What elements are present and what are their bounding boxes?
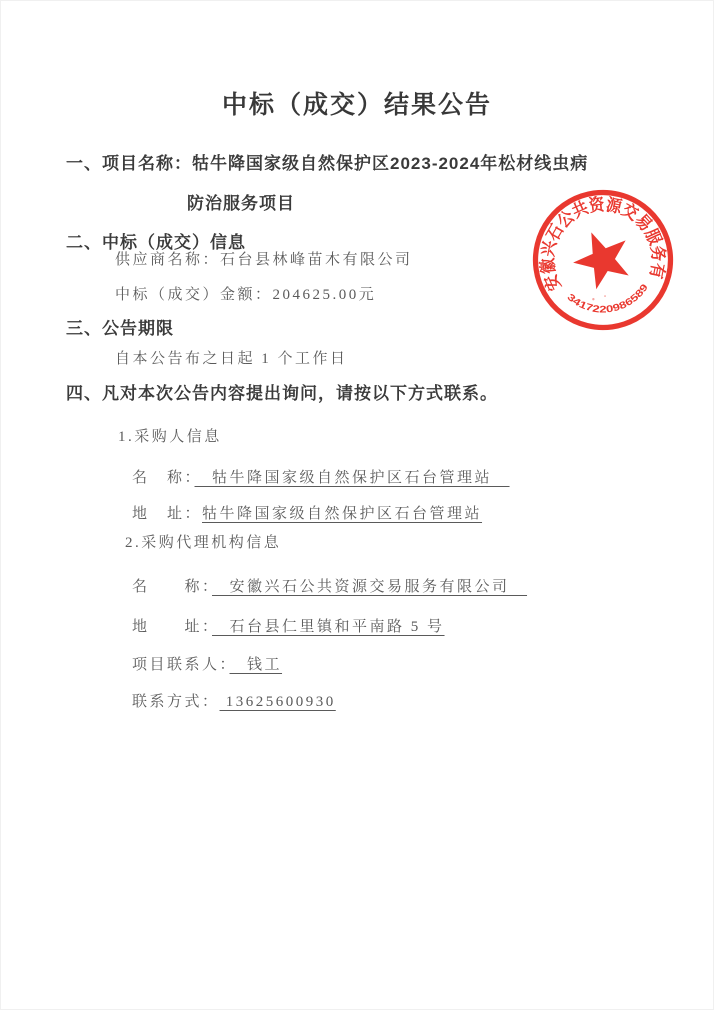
section1-heading-line1: 一、项目名称：牯牛降国家级自然保护区2023-2024年松材线虫病 (66, 149, 588, 174)
agency-address-row: 地 址： 石台县仁里镇和平南路 5 号 (132, 615, 445, 636)
project-contact-row: 项目联系人： 钱工 (132, 653, 282, 674)
section3-heading: 三、公告期限 (66, 314, 174, 339)
announcement-document: 中标（成交）结果公告 一、项目名称：牯牛降国家级自然保护区2023-2024年松… (0, 0, 714, 1010)
contact-phone-row: 联系方式： 13625600930 (132, 690, 336, 711)
agency-name-row: 名 称： 安徽兴石公共资源交易服务有限公司 (132, 575, 527, 596)
supplier-name-line: 供应商名称：石台县林峰苗木有限公司 (115, 248, 413, 269)
contact-phone-label: 联系方式： (132, 694, 220, 710)
seal-ink-smudge (604, 295, 606, 297)
purchaser-address-value: 牯牛降国家级自然保护区石台管理站 (202, 506, 482, 522)
section1-heading-line2: 防治服务项目 (187, 189, 295, 214)
purchaser-info-heading: 1.采购人信息 (118, 425, 222, 446)
seal-ink-smudge (592, 298, 595, 301)
seal-star-icon (565, 221, 639, 293)
project-contact-label: 项目联系人： (132, 657, 230, 673)
agency-address-label: 地 址： (132, 619, 212, 635)
purchaser-address-row: 地 址：牯牛降国家级自然保护区石台管理站 (132, 502, 482, 523)
announcement-period-line: 自本公告布之日起 1 个工作日 (115, 347, 348, 368)
seal-graphic: 安徽兴石公共资源交易服务有限公司 3417220986589 (518, 175, 687, 344)
agency-address-value: 石台县仁里镇和平南路 5 号 (212, 619, 445, 635)
purchaser-name-label: 名 称： (132, 470, 195, 486)
agency-name-value: 安徽兴石公共资源交易服务有限公司 (212, 579, 527, 595)
section4-heading: 四、凡对本次公告内容提出询问，请按以下方式联系。 (66, 379, 498, 404)
agency-info-heading: 2.采购代理机构信息 (125, 531, 281, 552)
purchaser-name-value: 牯牛降国家级自然保护区石台管理站 (195, 470, 510, 486)
project-contact-value: 钱工 (230, 657, 283, 673)
contact-phone-value: 13625600930 (220, 694, 336, 710)
award-amount-line: 中标（成交）金额：204625.00元 (115, 283, 376, 304)
agency-name-label: 名 称： (132, 579, 212, 595)
purchaser-name-row: 名 称： 牯牛降国家级自然保护区石台管理站 (132, 466, 510, 487)
official-seal: 安徽兴石公共资源交易服务有限公司 3417220986589 (518, 175, 687, 344)
purchaser-address-label: 地 址： (132, 506, 202, 522)
page-title: 中标（成交）结果公告 (1, 85, 713, 121)
